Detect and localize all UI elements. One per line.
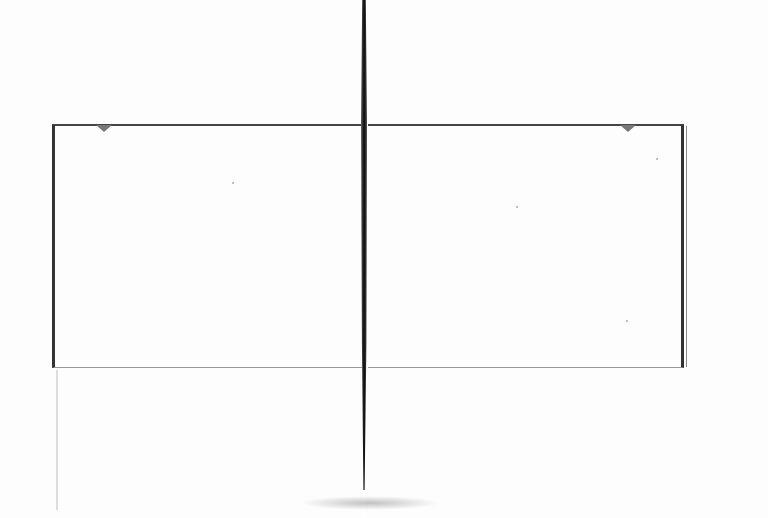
paper-speck xyxy=(626,320,628,322)
paper-speck xyxy=(232,182,234,184)
frame-ornament-icon xyxy=(96,125,112,132)
left-ruled-frame xyxy=(52,124,362,368)
frame-ornament-icon xyxy=(620,125,636,132)
margin-rule xyxy=(56,370,58,510)
right-ruled-frame xyxy=(368,124,684,368)
paper-speck xyxy=(656,158,658,160)
gutter-shadow xyxy=(300,496,440,510)
book-spread xyxy=(0,0,768,518)
paper-speck xyxy=(516,206,518,208)
